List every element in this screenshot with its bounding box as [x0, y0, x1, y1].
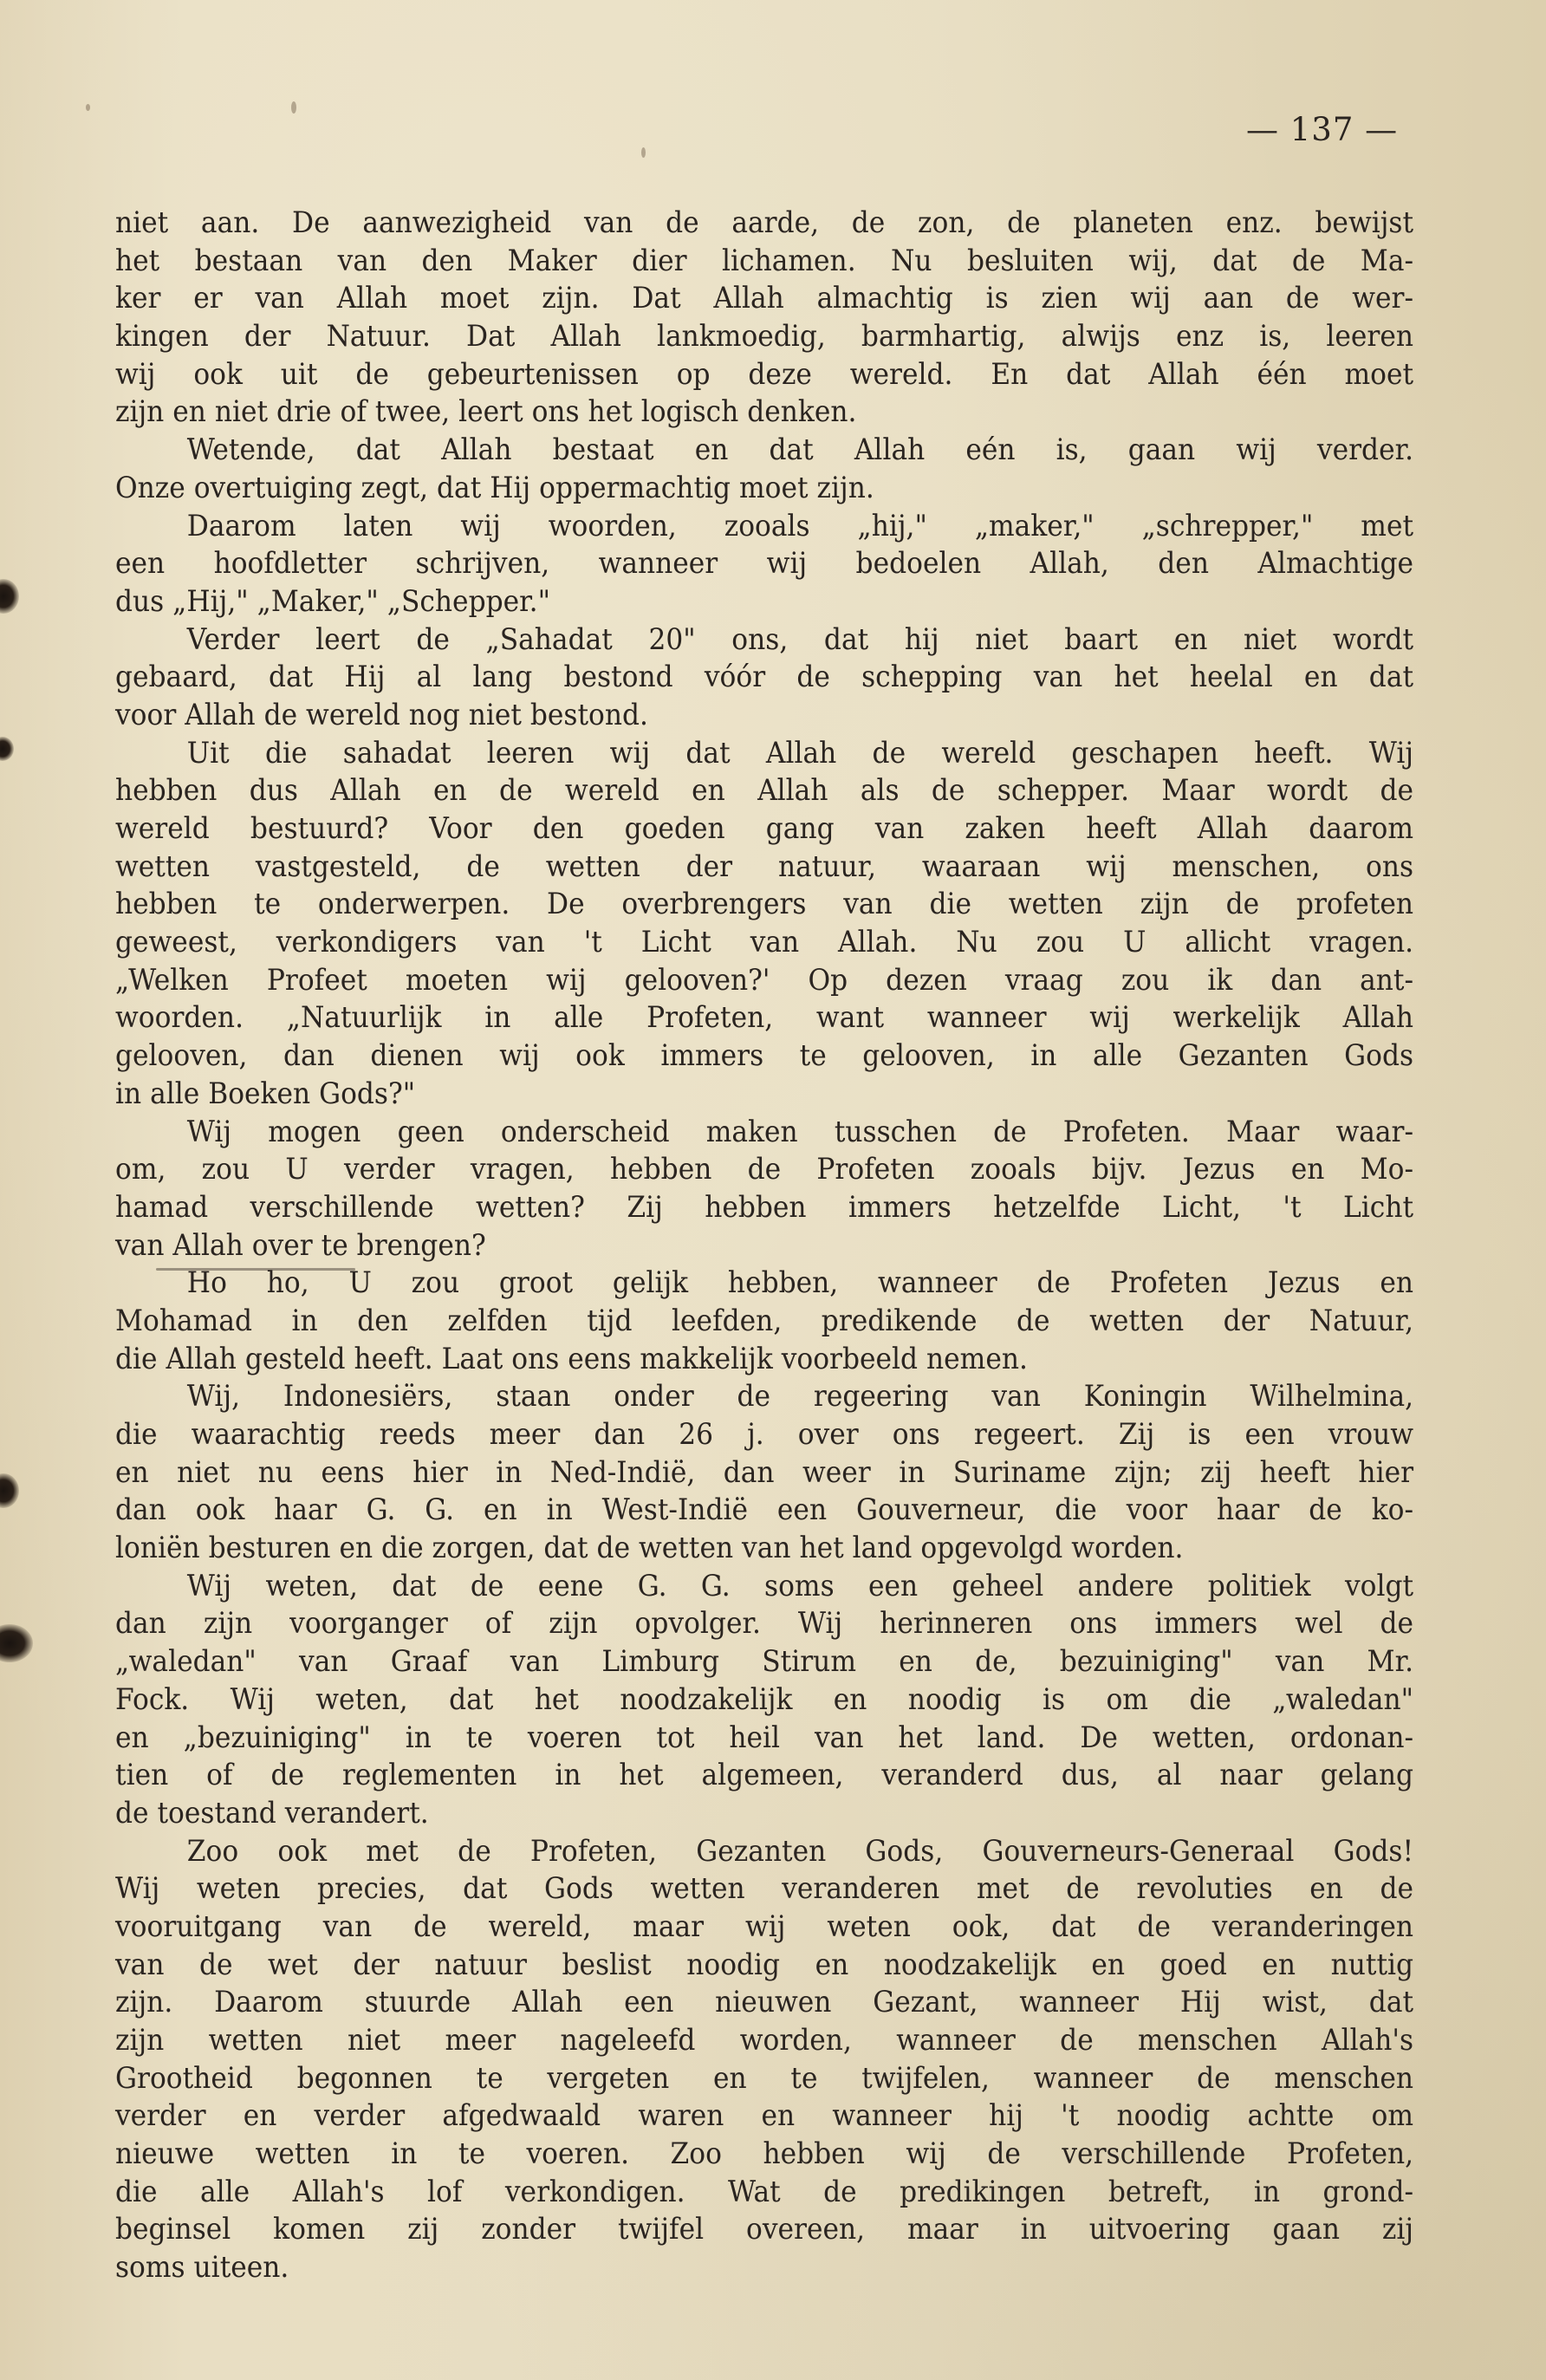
- text-line: het bestaan van den Maker dier lichamen.…: [115, 243, 1413, 281]
- text-line: die Allah gesteld heeft. Laat ons eens m…: [115, 1341, 1413, 1379]
- paragraph: Wij, Indonesiërs, staan onder de regeeri…: [115, 1378, 1413, 1567]
- text-line: gelooven, dan dienen wij ook immers te g…: [115, 1037, 1413, 1076]
- text-line: Wij weten precies, dat Gods wetten veran…: [115, 1870, 1413, 1909]
- text-line: dan zijn voorganger of zijn opvolger. Wi…: [115, 1605, 1413, 1643]
- paragraph: Wij weten, dat de eene G. G. soms een ge…: [115, 1568, 1413, 1833]
- text-line: Grootheid begonnen te vergeten en te twi…: [115, 2060, 1413, 2098]
- paragraph: Uit die sahadat leeren wij dat Allah de …: [115, 735, 1413, 1114]
- text-line: gebaard, dat Hij al lang bestond vóór de…: [115, 659, 1413, 697]
- text-line: wetten vastgesteld, de wetten der natuur…: [115, 849, 1413, 887]
- text-line: vooruitgang van de wereld, maar wij wete…: [115, 1909, 1413, 1947]
- text-line: geweest, verkondigers van 't Licht van A…: [115, 924, 1413, 962]
- paper-speck: [291, 101, 296, 114]
- text-line: Onze overtuiging zegt, dat Hij oppermach…: [115, 470, 1413, 508]
- text-line: hebben dus Allah en de wereld en Allah a…: [115, 772, 1413, 810]
- text-line: om, zou U verder vragen, hebben de Profe…: [115, 1151, 1413, 1189]
- text-line: Uit die sahadat leeren wij dat Allah de …: [115, 735, 1413, 773]
- text-line: Zoo ook met de Profeten, Gezanten Gods, …: [115, 1833, 1413, 1871]
- text-line: wereld bestuurd? Voor den goeden gang va…: [115, 810, 1413, 849]
- scanned-book-page: — 137 — niet aan. De aanwezigheid van de…: [0, 0, 1546, 2380]
- text-line: Daarom laten wij woorden, zooals „hij," …: [115, 508, 1413, 546]
- paragraph: niet aan. De aanwezigheid van de aarde, …: [115, 205, 1413, 432]
- binding-hole-mark: [0, 737, 14, 761]
- text-line: zijn wetten niet meer nageleefd worden, …: [115, 2022, 1413, 2060]
- text-line: niet aan. De aanwezigheid van de aarde, …: [115, 205, 1413, 243]
- text-line: zijn en niet drie of twee, leert ons het…: [115, 393, 1413, 432]
- text-line: woorden. „Natuurlijk in alle Profeten, w…: [115, 999, 1413, 1037]
- text-line: dus „Hij," „Maker," „Schepper.": [115, 583, 1413, 621]
- text-line: Wetende, dat Allah bestaat en dat Allah …: [115, 432, 1413, 470]
- paragraph: Zoo ook met de Profeten, Gezanten Gods, …: [115, 1833, 1413, 2287]
- page-number: — 137 —: [1246, 111, 1398, 148]
- text-line: voor Allah de wereld nog niet bestond.: [115, 697, 1413, 735]
- text-line: en niet nu eens hier in Ned-Indië, dan w…: [115, 1454, 1413, 1492]
- paper-speck: [641, 147, 646, 158]
- text-line: wij ook uit de gebeurtenissen op deze we…: [115, 356, 1413, 394]
- binding-hole-mark: [0, 1473, 19, 1508]
- text-line: en „bezuiniging" in te voeren tot heil v…: [115, 1720, 1413, 1758]
- text-line: „Welken Profeet moeten wij gelooven?' Op…: [115, 962, 1413, 1000]
- paragraph: Ho ho, U zou groot gelijk hebben, wannee…: [115, 1265, 1413, 1378]
- text-line: in alle Boeken Gods?": [115, 1076, 1413, 1114]
- text-line: hebben te onderwerpen. De overbrengers v…: [115, 886, 1413, 924]
- text-line: loniën besturen en die zorgen, dat de we…: [115, 1530, 1413, 1568]
- paragraph: Daarom laten wij woorden, zooals „hij," …: [115, 508, 1413, 621]
- text-line: van de wet der natuur beslist noodig en …: [115, 1947, 1413, 1985]
- text-line: nieuwe wetten in te voeren. Zoo hebben w…: [115, 2136, 1413, 2174]
- binding-hole-mark: [0, 579, 19, 614]
- text-line: verder en verder afgedwaald waren en wan…: [115, 2097, 1413, 2136]
- text-line: hamad verschillende wetten? Zij hebben i…: [115, 1189, 1413, 1227]
- paper-speck: [86, 104, 90, 111]
- text-line: van Allah over te brengen?: [115, 1227, 1413, 1265]
- text-line: dan ook haar G. G. en in West-Indië een …: [115, 1492, 1413, 1530]
- text-line: zijn. Daarom stuurde Allah een nieuwen G…: [115, 1984, 1413, 2022]
- text-line: de toestand verandert.: [115, 1795, 1413, 1833]
- text-line: Wij, Indonesiërs, staan onder de regeeri…: [115, 1378, 1413, 1416]
- paragraph: Wij mogen geen onderscheid maken tussche…: [115, 1114, 1413, 1265]
- text-line: „waledan" van Graaf van Limburg Stirum e…: [115, 1643, 1413, 1681]
- paragraph: Verder leert de „Sahadat 20" ons, dat hi…: [115, 621, 1413, 735]
- paragraph: Wetende, dat Allah bestaat en dat Allah …: [115, 432, 1413, 507]
- text-line: Verder leert de „Sahadat 20" ons, dat hi…: [115, 621, 1413, 660]
- text-line: een hoofdletter schrijven, wanneer wij b…: [115, 545, 1413, 583]
- text-line: ker er van Allah moet zijn. Dat Allah al…: [115, 280, 1413, 318]
- text-line: Fock. Wij weten, dat het noodzakelijk en…: [115, 1681, 1413, 1720]
- text-line: beginsel komen zij zonder twijfel overee…: [115, 2211, 1413, 2249]
- text-line: Wij weten, dat de eene G. G. soms een ge…: [115, 1568, 1413, 1606]
- text-line: die alle Allah's lof verkondigen. Wat de…: [115, 2174, 1413, 2212]
- text-line: kingen der Natuur. Dat Allah lankmoedig,…: [115, 318, 1413, 356]
- text-line: soms uiteen.: [115, 2249, 1413, 2287]
- text-line: Mohamad in den zelfden tijd leefden, pre…: [115, 1303, 1413, 1341]
- binding-hole-mark: [0, 1624, 33, 1662]
- body-text: niet aan. De aanwezigheid van de aarde, …: [115, 205, 1413, 2287]
- text-line: Wij mogen geen onderscheid maken tussche…: [115, 1114, 1413, 1152]
- text-line: Ho ho, U zou groot gelijk hebben, wannee…: [115, 1265, 1413, 1303]
- text-line: tien of de reglementen in het algemeen, …: [115, 1757, 1413, 1795]
- text-line: die waarachtig reeds meer dan 26 j. over…: [115, 1416, 1413, 1454]
